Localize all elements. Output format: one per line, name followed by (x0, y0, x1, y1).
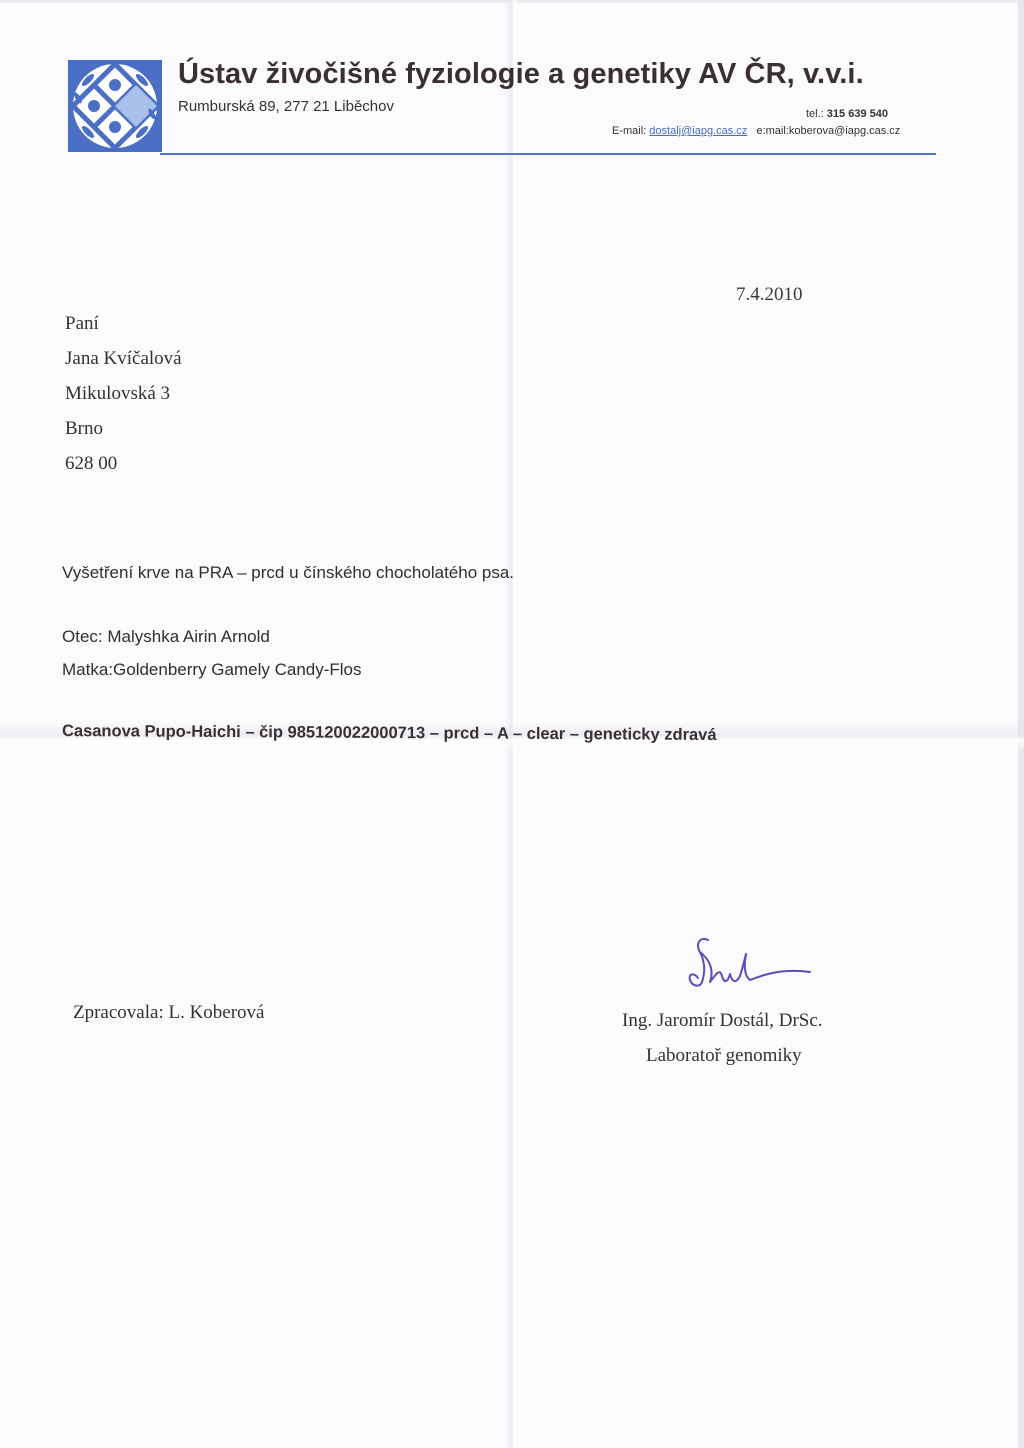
email-secondary: e:mail:koberova@iapg.cas.cz (756, 125, 900, 137)
mother-line: Matka:Goldenberry Gamely Candy-Flos (62, 658, 362, 691)
letter-subject: Vyšetření krve na PRA – prcd u čínského … (62, 563, 514, 583)
test-result: Casanova Pupo-Haichi – čip 9851200220007… (62, 722, 717, 745)
recipient-postal-code: 628 00 (65, 451, 182, 486)
institute-name: Ústav živočišné fyziologie a genetiky AV… (178, 58, 864, 91)
father-line: Otec: Malyshka Airin Arnold (62, 625, 362, 658)
institute-phone: tel.: 315 639 540 (806, 108, 888, 120)
recipient-city: Brno (65, 416, 182, 451)
institute-logo-icon (68, 60, 162, 152)
phone-number: 315 639 540 (827, 108, 888, 120)
recipient-street: Mikulovská 3 (65, 381, 182, 416)
signer-block: Ing. Jaromír Dostál, DrSc. Laboratoř gen… (622, 1008, 823, 1078)
signer-department: Laboratoř genomiky (622, 1043, 823, 1078)
recipient-address-block: Paní Jana Kvíčalová Mikulovská 3 Brno 62… (65, 311, 182, 486)
signer-name: Ing. Jaromír Dostál, DrSc. (622, 1008, 823, 1043)
email-link-primary[interactable]: dostalj@iapg.cas.cz (649, 125, 747, 137)
recipient-name: Jana Kvíčalová (65, 346, 182, 381)
institute-address: Rumburská 89, 277 21 Liběchov (178, 98, 394, 115)
phone-label: tel.: (806, 108, 824, 120)
parents-block: Otec: Malyshka Airin Arnold Matka:Golden… (62, 625, 362, 691)
letter-date: 7.4.2010 (736, 284, 803, 306)
handwritten-signature-icon (670, 930, 820, 1000)
recipient-salutation: Paní (65, 311, 182, 346)
processed-by: Zpracovala: L. Koberová (73, 1002, 265, 1024)
email-label: E-mail: (612, 125, 646, 137)
header-divider (160, 153, 936, 155)
institute-emails: E-mail: dostalj@iapg.cas.cz e:mail:kober… (612, 125, 900, 137)
